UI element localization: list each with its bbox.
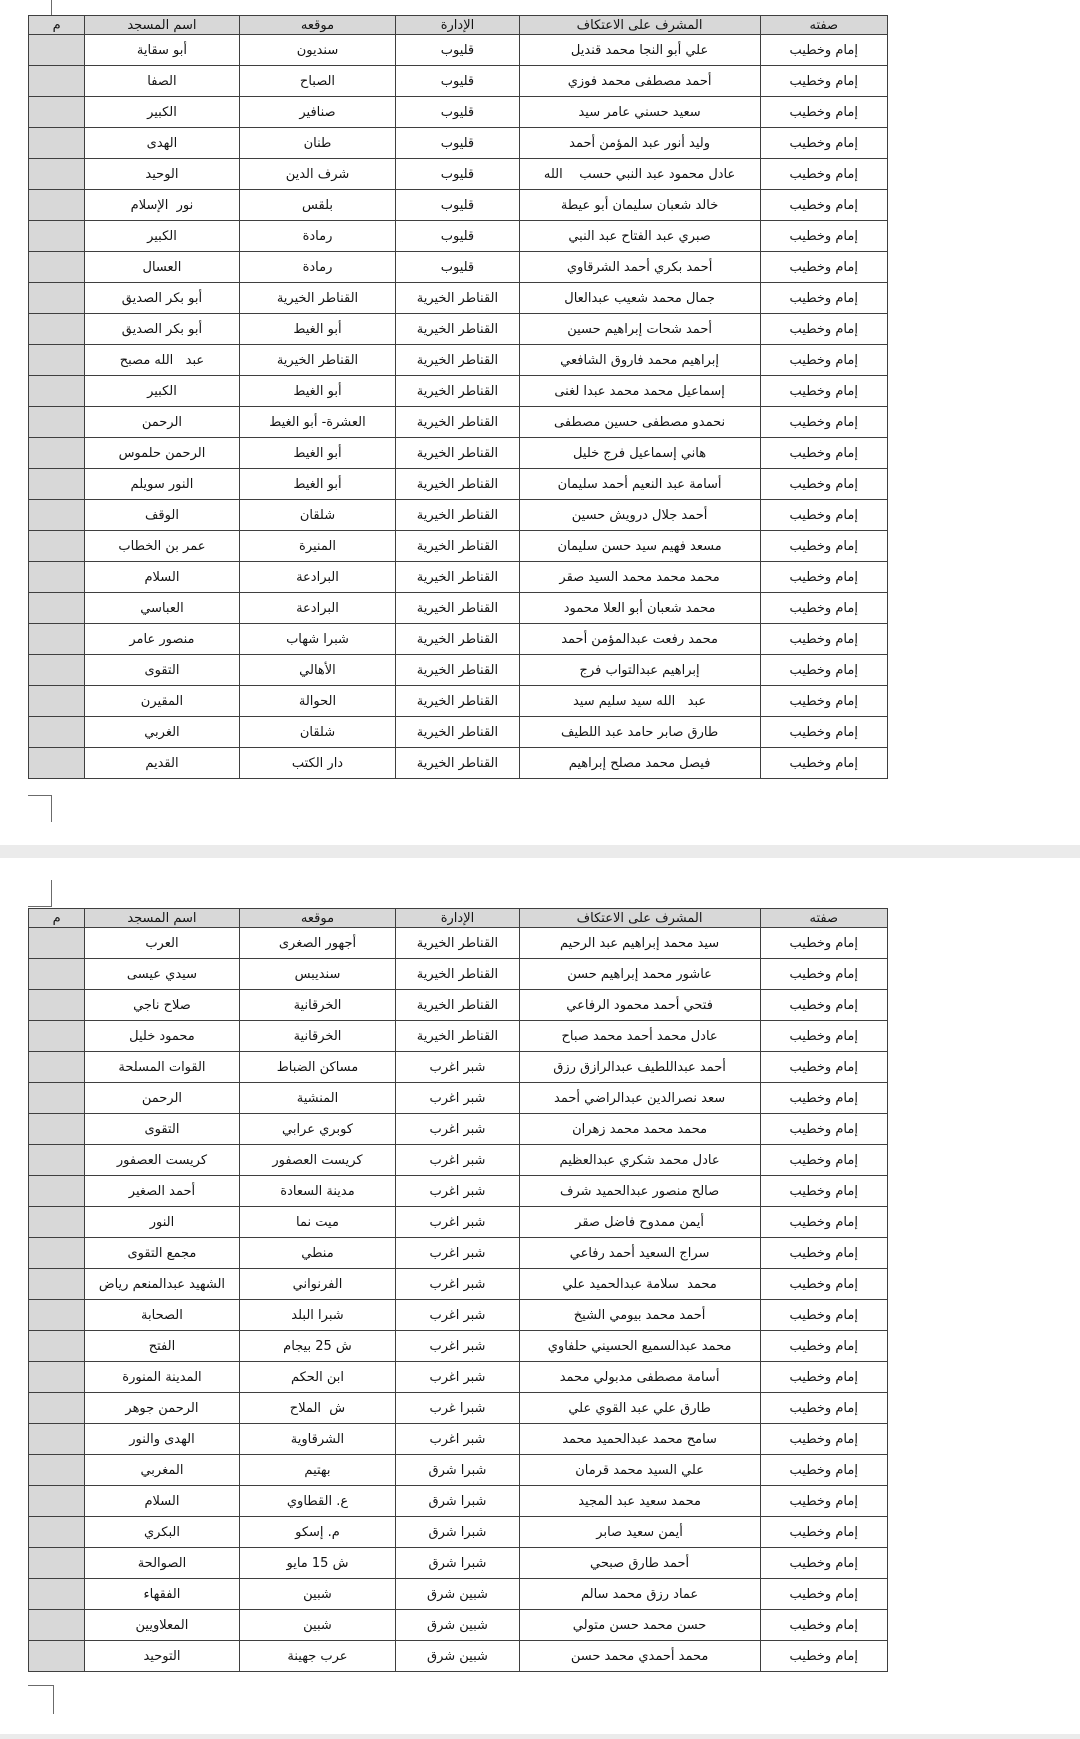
- cell-location: الصباح: [239, 66, 396, 97]
- col-header-itikaf-supervisor: المشرف على الاعتكاف: [519, 909, 760, 928]
- cell-number: [29, 1362, 85, 1393]
- cell-itikaf-supervisor: عادل محمود عبد النبي حسب الله: [519, 159, 760, 190]
- col-header-mosque-name: اسم المسجد: [85, 909, 240, 928]
- cell-mosque-name: الهدى والنور: [85, 1424, 240, 1455]
- cell-mosque-name: الرحمن جوهر: [85, 1393, 240, 1424]
- cell-mosque-name: الصحابة: [85, 1300, 240, 1331]
- cell-administration: شبرا شرق: [396, 1486, 519, 1517]
- table-row: التقوىكوبري عرابيشبر اغربمحمد محمد محمد …: [29, 1114, 888, 1145]
- cell-title: إمام وخطيب: [760, 1424, 888, 1455]
- col-header-number: م: [29, 909, 85, 928]
- table-row: الوقفشلقانالقناطر الخيريةأحمد جلال درويش…: [29, 500, 888, 531]
- table-row: الهدىطنانقليوبوليد أنور عبد المؤمن أحمدإ…: [29, 128, 888, 159]
- cell-itikaf-supervisor: وليد أنور عبد المؤمن أحمد: [519, 128, 760, 159]
- cell-administration: القناطر الخيرية: [396, 990, 519, 1021]
- cell-mosque-name: صلاح ناجي: [85, 990, 240, 1021]
- cell-location: المنشية: [239, 1083, 396, 1114]
- cell-administration: القناطر الخيرية: [396, 655, 519, 686]
- col-header-number: م: [29, 16, 85, 35]
- cell-administration: القناطر الخيرية: [396, 438, 519, 469]
- cell-administration: شبر اغرب: [396, 1207, 519, 1238]
- table-row: التوحيدعرب جهينةشبين شرقمحمد أحمدي محمد …: [29, 1641, 888, 1672]
- cell-itikaf-supervisor: جمال محمد شعيب عبدالعال: [519, 283, 760, 314]
- cell-location: بلقس: [239, 190, 396, 221]
- cell-number: [29, 562, 85, 593]
- cell-title: إمام وخطيب: [760, 1269, 888, 1300]
- cell-mosque-name: عمر بن الخطاب: [85, 531, 240, 562]
- cell-mosque-name: الهدى: [85, 128, 240, 159]
- table-row: الرحمنالمنشيةشبر اغربسعد نصرالدين عبدالر…: [29, 1083, 888, 1114]
- cell-administration: شبين شرق: [396, 1641, 519, 1672]
- cell-location: البرادعة: [239, 562, 396, 593]
- cell-title: إمام وخطيب: [760, 314, 888, 345]
- cell-title: إمام وخطيب: [760, 593, 888, 624]
- cell-administration: القناطر الخيرية: [396, 928, 519, 959]
- cell-mosque-name: التوحيد: [85, 1641, 240, 1672]
- cell-itikaf-supervisor: عماد رزق محمد سالم: [519, 1579, 760, 1610]
- cell-number: [29, 1641, 85, 1672]
- cell-mosque-name: السلام: [85, 1486, 240, 1517]
- page2-top-margin-mark-v: [51, 880, 52, 907]
- cell-location: شبين: [239, 1579, 396, 1610]
- table-row: الصفاالصباحقليوبأحمد مصطفى محمد فوزيإمام…: [29, 66, 888, 97]
- table-row: الكبيرأبو الغيطالقناطر الخيريةإسماعيل مح…: [29, 376, 888, 407]
- table-row: أبو بكر الصديقالقناطر الخيريةالقناطر الخ…: [29, 283, 888, 314]
- cell-itikaf-supervisor: أحمد محمد بيومي الشيخ: [519, 1300, 760, 1331]
- cell-location: أبو الغيط: [239, 314, 396, 345]
- cell-number: [29, 748, 85, 779]
- cell-mosque-name: العباسي: [85, 593, 240, 624]
- cell-itikaf-supervisor: أحمد جلال درويش حسين: [519, 500, 760, 531]
- cell-number: [29, 686, 85, 717]
- cell-number: [29, 1579, 85, 1610]
- cell-title: إمام وخطيب: [760, 1207, 888, 1238]
- table-row: الرحمن جوهرش الملاحشبرا غربطارق علي عبد …: [29, 1393, 888, 1424]
- table-row: أحمد الصغيرمدينة السعادةشبر اغربصالح منص…: [29, 1176, 888, 1207]
- cell-itikaf-supervisor: طارق صابر حامد عبد اللطيف: [519, 717, 760, 748]
- cell-administration: قليوب: [396, 221, 519, 252]
- cell-mosque-name: العسال: [85, 252, 240, 283]
- col-header-mosque-name: اسم المسجد: [85, 16, 240, 35]
- header-row: م اسم المسجد موقعه الإدارة المشرف على ال…: [29, 909, 888, 928]
- cell-mosque-name: أبو سقاية: [85, 35, 240, 66]
- cell-location: أجهور الصغرى: [239, 928, 396, 959]
- cell-mosque-name: الفتح: [85, 1331, 240, 1362]
- cell-mosque-name: الرحمن حلموس: [85, 438, 240, 469]
- col-header-location: موقعه: [239, 16, 396, 35]
- cell-location: العشرة- أبو الغيط: [239, 407, 396, 438]
- cell-administration: شبر اغرب: [396, 1114, 519, 1145]
- cell-number: [29, 1052, 85, 1083]
- cell-mosque-name: الكبير: [85, 376, 240, 407]
- cell-itikaf-supervisor: عبد الله سيد سليم سيد: [519, 686, 760, 717]
- cell-administration: القناطر الخيرية: [396, 345, 519, 376]
- cell-number: [29, 1021, 85, 1052]
- table-row: الوحيدشرف الدينقليوبعادل محمود عبد النبي…: [29, 159, 888, 190]
- cell-itikaf-supervisor: فتحي أحمد محمود الرفاعي: [519, 990, 760, 1021]
- cell-mosque-name: الرحمن: [85, 407, 240, 438]
- cell-title: إمام وخطيب: [760, 500, 888, 531]
- cell-mosque-name: الشهيد عبدالمنعم رياض: [85, 1269, 240, 1300]
- cell-location: عرب جهينة: [239, 1641, 396, 1672]
- cell-mosque-name: المدينة المنورة: [85, 1362, 240, 1393]
- cell-number: [29, 593, 85, 624]
- cell-location: ميت نما: [239, 1207, 396, 1238]
- table-row: محمود خليلالخرقانيةالقناطر الخيريةعادل م…: [29, 1021, 888, 1052]
- cell-administration: قليوب: [396, 128, 519, 159]
- cell-number: [29, 1176, 85, 1207]
- cell-location: شلقان: [239, 717, 396, 748]
- cell-title: إمام وخطيب: [760, 345, 888, 376]
- cell-title: إمام وخطيب: [760, 35, 888, 66]
- cell-title: إمام وخطيب: [760, 97, 888, 128]
- cell-title: إمام وخطيب: [760, 1579, 888, 1610]
- cell-itikaf-supervisor: عاشور محمد إبراهيم حسن: [519, 959, 760, 990]
- cell-mosque-name: البكري: [85, 1517, 240, 1548]
- cell-mosque-name: نور الإسلام: [85, 190, 240, 221]
- cell-administration: شبرا غرب: [396, 1393, 519, 1424]
- cell-itikaf-supervisor: إبراهيم عبدالتواب فرج: [519, 655, 760, 686]
- cell-mosque-name: الوقف: [85, 500, 240, 531]
- cell-itikaf-supervisor: هاني إسماعيل فرج خليل: [519, 438, 760, 469]
- cell-mosque-name: التقوى: [85, 655, 240, 686]
- cell-location: شلقان: [239, 500, 396, 531]
- cell-location: صنافير: [239, 97, 396, 128]
- cell-mosque-name: القديم: [85, 748, 240, 779]
- cell-administration: قليوب: [396, 159, 519, 190]
- cell-administration: شبر اغرب: [396, 1269, 519, 1300]
- header-row: م اسم المسجد موقعه الإدارة المشرف على ال…: [29, 16, 888, 35]
- cell-number: [29, 159, 85, 190]
- cell-itikaf-supervisor: أحمد طارق صبحي: [519, 1548, 760, 1579]
- cell-number: [29, 1455, 85, 1486]
- table-row: الرحمن حلموسأبو الغيطالقناطر الخيريةهاني…: [29, 438, 888, 469]
- cell-administration: شبر اغرب: [396, 1424, 519, 1455]
- cell-mosque-name: سيدي عيسى: [85, 959, 240, 990]
- cell-location: أبو الغيط: [239, 469, 396, 500]
- cell-administration: قليوب: [396, 97, 519, 128]
- cell-mosque-name: الوحيد: [85, 159, 240, 190]
- cell-title: إمام وخطيب: [760, 1052, 888, 1083]
- cell-location: رمادة: [239, 252, 396, 283]
- cell-location: الحوالة: [239, 686, 396, 717]
- cell-mosque-name: المقيرن: [85, 686, 240, 717]
- cell-number: [29, 1548, 85, 1579]
- table-row: السلامالبرادعةالقناطر الخيريةمحمد محمد م…: [29, 562, 888, 593]
- cell-location: ع. القطاوي: [239, 1486, 396, 1517]
- cell-mosque-name: المعلاويين: [85, 1610, 240, 1641]
- table-row: الصحابةشبرا البلدشبر اغربأحمد محمد بيومي…: [29, 1300, 888, 1331]
- table-row: النورميت نماشبر اغربأيمن ممدوح فاضل صقرإ…: [29, 1207, 888, 1238]
- table-row: أبو سقايةسنديونقليوبعلي أبو النجا محمد ق…: [29, 35, 888, 66]
- cell-mosque-name: النور: [85, 1207, 240, 1238]
- cell-itikaf-supervisor: أحمد عبداللطيف عبدالرازق رزق: [519, 1052, 760, 1083]
- cell-itikaf-supervisor: عادل محمد شكري عبدالعظيم: [519, 1145, 760, 1176]
- cell-mosque-name: السلام: [85, 562, 240, 593]
- cell-itikaf-supervisor: علي أبو النجا محمد قنديل: [519, 35, 760, 66]
- cell-administration: القناطر الخيرية: [396, 407, 519, 438]
- table-row: مجمع التقوىمنطيشبر اغربسراج السعيد أحمد …: [29, 1238, 888, 1269]
- cell-administration: القناطر الخيرية: [396, 531, 519, 562]
- col-header-location: موقعه: [239, 909, 396, 928]
- table-row: العربأجهور الصغرىالقناطر الخيريةسيد محمد…: [29, 928, 888, 959]
- cell-number: [29, 469, 85, 500]
- cell-location: أبو الغيط: [239, 438, 396, 469]
- cell-mosque-name: الغربي: [85, 717, 240, 748]
- table-row: العسالرمادةقليوبأحمد بكري أحمد الشرقاويإ…: [29, 252, 888, 283]
- table-row: البكريم. إسكوشبرا شرقأيمن سعيد صابرإمام …: [29, 1517, 888, 1548]
- cell-location: دار الكتب: [239, 748, 396, 779]
- col-header-title: صفته: [760, 909, 888, 928]
- cell-itikaf-supervisor: علي السيد محمد قرمان: [519, 1455, 760, 1486]
- table-row: منصور عامرشبرا شهابالقناطر الخيريةمحمد ر…: [29, 624, 888, 655]
- cell-itikaf-supervisor: صالح منصور عبدالحميد شرف: [519, 1176, 760, 1207]
- cell-location: القناطر الخيرية: [239, 283, 396, 314]
- cell-itikaf-supervisor: سيد محمد إبراهيم عبد الرحيم: [519, 928, 760, 959]
- cell-itikaf-supervisor: محمد سعيد عبد المجيد: [519, 1486, 760, 1517]
- cell-itikaf-supervisor: أحمد مصطفى محمد فوزي: [519, 66, 760, 97]
- cell-number: [29, 35, 85, 66]
- table-row: القوات المسلحةمساكن الضباطشبر اغربأحمد ع…: [29, 1052, 888, 1083]
- cell-mosque-name: مجمع التقوى: [85, 1238, 240, 1269]
- table-row: الغربيشلقانالقناطر الخيريةطارق صابر حامد…: [29, 717, 888, 748]
- cell-itikaf-supervisor: أيمن ممدوح فاضل صقر: [519, 1207, 760, 1238]
- itikaf-supervisors-table-page-2: م اسم المسجد موقعه الإدارة المشرف على ال…: [28, 908, 888, 1672]
- cell-number: [29, 959, 85, 990]
- cell-title: إمام وخطيب: [760, 190, 888, 221]
- cell-administration: شبين شرق: [396, 1610, 519, 1641]
- col-header-administration: الإدارة: [396, 909, 519, 928]
- cell-title: إمام وخطيب: [760, 531, 888, 562]
- cell-mosque-name: المغربي: [85, 1455, 240, 1486]
- table-row: نور الإسلامبلقسقليوبخالد شعبان سليمان أب…: [29, 190, 888, 221]
- cell-itikaf-supervisor: محمد عبدالسميع الحسيني حلفاوي: [519, 1331, 760, 1362]
- cell-title: إمام وخطيب: [760, 1145, 888, 1176]
- cell-location: كريست العصفور: [239, 1145, 396, 1176]
- table-row: السلامع. القطاويشبرا شرقمحمد سعيد عبد ال…: [29, 1486, 888, 1517]
- cell-itikaf-supervisor: إبراهيم محمد فاروق الشافعي: [519, 345, 760, 376]
- cell-number: [29, 500, 85, 531]
- cell-mosque-name: الكبير: [85, 97, 240, 128]
- cell-title: إمام وخطيب: [760, 1486, 888, 1517]
- cell-itikaf-supervisor: نحمدو مصطفى حسين مصطفى: [519, 407, 760, 438]
- table-row: المغربيبهتيمشبرا شرقعلي السيد محمد قرمان…: [29, 1455, 888, 1486]
- cell-title: إمام وخطيب: [760, 686, 888, 717]
- cell-title: إمام وخطيب: [760, 1393, 888, 1424]
- table-row: عبد الله مصبحالقناطر الخيريةالقناطر الخي…: [29, 345, 888, 376]
- document-page: { "document": { "columns": ["م", "اسم ال…: [0, 0, 1080, 1739]
- cell-title: إمام وخطيب: [760, 438, 888, 469]
- cell-mosque-name: القوات المسلحة: [85, 1052, 240, 1083]
- cell-location: سنديون: [239, 35, 396, 66]
- page2-bottom-margin-mark-v: [53, 1685, 54, 1714]
- cell-number: [29, 1083, 85, 1114]
- cell-itikaf-supervisor: محمد رفعت عبدالمؤمن أحمد: [519, 624, 760, 655]
- cell-administration: شبر اغرب: [396, 1300, 519, 1331]
- cell-location: القناطر الخيرية: [239, 345, 396, 376]
- cell-number: [29, 221, 85, 252]
- cell-location: مساكن الضباط: [239, 1052, 396, 1083]
- table-row: صلاح ناجيالخرقانيةالقناطر الخيريةفتحي أح…: [29, 990, 888, 1021]
- cell-number: [29, 1300, 85, 1331]
- cell-location: الخرقانية: [239, 1021, 396, 1052]
- cell-number: [29, 190, 85, 221]
- cell-location: شبرا البلد: [239, 1300, 396, 1331]
- table-row: القديمدار الكتبالقناطر الخيريةفيصل محمد …: [29, 748, 888, 779]
- cell-location: ش الملاح: [239, 1393, 396, 1424]
- col-header-itikaf-supervisor: المشرف على الاعتكاف: [519, 16, 760, 35]
- cell-itikaf-supervisor: طارق علي عبد القوي علي: [519, 1393, 760, 1424]
- cell-mosque-name: التقوى: [85, 1114, 240, 1145]
- cell-location: الأهالي: [239, 655, 396, 686]
- cell-number: [29, 345, 85, 376]
- cell-administration: قليوب: [396, 66, 519, 97]
- cell-location: شبين: [239, 1610, 396, 1641]
- cell-title: إمام وخطيب: [760, 1517, 888, 1548]
- cell-itikaf-supervisor: أسامة عبد النعيم أحمد سليمان: [519, 469, 760, 500]
- cell-number: [29, 252, 85, 283]
- cell-location: ش 15 مايو: [239, 1548, 396, 1579]
- cell-title: إمام وخطيب: [760, 1362, 888, 1393]
- cell-title: إمام وخطيب: [760, 407, 888, 438]
- cell-title: إمام وخطيب: [760, 376, 888, 407]
- cell-location: المنيرة: [239, 531, 396, 562]
- cell-number: [29, 1424, 85, 1455]
- cell-title: إمام وخطيب: [760, 1300, 888, 1331]
- cell-number: [29, 407, 85, 438]
- cell-number: [29, 1331, 85, 1362]
- cell-number: [29, 283, 85, 314]
- cell-itikaf-supervisor: إسماعيل محمد محمد عبدا لغنى: [519, 376, 760, 407]
- cell-location: الشرقاوية: [239, 1424, 396, 1455]
- cell-title: إمام وخطيب: [760, 1641, 888, 1672]
- cell-mosque-name: الصوالحة: [85, 1548, 240, 1579]
- cell-number: [29, 531, 85, 562]
- table-row: الفقهاءشبينشبين شرقعماد رزق محمد سالمإما…: [29, 1579, 888, 1610]
- page2-top-margin-mark-h: [28, 906, 52, 907]
- cell-administration: القناطر الخيرية: [396, 959, 519, 990]
- cell-number: [29, 1145, 85, 1176]
- page2-bottom-margin-mark-h: [28, 1685, 54, 1686]
- cell-number: [29, 1207, 85, 1238]
- cell-title: إمام وخطيب: [760, 128, 888, 159]
- cell-title: إمام وخطيب: [760, 959, 888, 990]
- table-row: الفتحش 25 بيجامشبر اغربمحمد عبدالسميع ال…: [29, 1331, 888, 1362]
- cell-number: [29, 1393, 85, 1424]
- cell-location: مدينة السعادة: [239, 1176, 396, 1207]
- cell-title: إمام وخطيب: [760, 252, 888, 283]
- page1-top-margin-mark: [51, 0, 52, 15]
- cell-mosque-name: العرب: [85, 928, 240, 959]
- cell-mosque-name: النور سويلم: [85, 469, 240, 500]
- cell-administration: شبر اغرب: [396, 1238, 519, 1269]
- cell-mosque-name: الصفا: [85, 66, 240, 97]
- cell-number: [29, 1610, 85, 1641]
- col-header-administration: الإدارة: [396, 16, 519, 35]
- cell-location: منطي: [239, 1238, 396, 1269]
- cell-title: إمام وخطيب: [760, 221, 888, 252]
- cell-itikaf-supervisor: سامح محمد عبدالحميد محمد: [519, 1424, 760, 1455]
- cell-administration: شبرا شرق: [396, 1455, 519, 1486]
- cell-title: إمام وخطيب: [760, 1083, 888, 1114]
- cell-number: [29, 1114, 85, 1145]
- cell-itikaf-supervisor: مسعد فهيم سيد حسن سليمان: [519, 531, 760, 562]
- cell-administration: قليوب: [396, 252, 519, 283]
- cell-administration: القناطر الخيرية: [396, 469, 519, 500]
- cell-mosque-name: منصور عامر: [85, 624, 240, 655]
- cell-number: [29, 97, 85, 128]
- cell-administration: القناطر الخيرية: [396, 717, 519, 748]
- table-row: سيدي عيسىسنديبسالقناطر الخيريةعاشور محمد…: [29, 959, 888, 990]
- cell-location: أبو الغيط: [239, 376, 396, 407]
- cell-itikaf-supervisor: عادل محمد أحمد محمد صباح: [519, 1021, 760, 1052]
- cell-administration: شبرا شرق: [396, 1548, 519, 1579]
- table-header: م اسم المسجد موقعه الإدارة المشرف على ال…: [29, 909, 888, 928]
- cell-title: إمام وخطيب: [760, 1176, 888, 1207]
- cell-itikaf-supervisor: أحمد شحات إبراهيم حسين: [519, 314, 760, 345]
- cell-location: طنان: [239, 128, 396, 159]
- cell-title: إمام وخطيب: [760, 1114, 888, 1145]
- table-row: الصوالحةش 15 مايوشبرا شرقأحمد طارق صبحيإ…: [29, 1548, 888, 1579]
- cell-title: إمام وخطيب: [760, 748, 888, 779]
- cell-title: إمام وخطيب: [760, 66, 888, 97]
- cell-itikaf-supervisor: صبري عبد الفتاح عبد النبي: [519, 221, 760, 252]
- cell-location: كوبري عرابي: [239, 1114, 396, 1145]
- table-row: المعلاويينشبينشبين شرقحسن محمد حسن متولي…: [29, 1610, 888, 1641]
- cell-mosque-name: أبو بكر الصديق: [85, 314, 240, 345]
- cell-administration: القناطر الخيرية: [396, 593, 519, 624]
- page-break-band: [0, 845, 1080, 858]
- cell-administration: شبر اغرب: [396, 1145, 519, 1176]
- cell-administration: شبر اغرب: [396, 1052, 519, 1083]
- cell-administration: القناطر الخيرية: [396, 748, 519, 779]
- table-row: التقوىالأهاليالقناطر الخيريةإبراهيم عبدا…: [29, 655, 888, 686]
- cell-title: إمام وخطيب: [760, 990, 888, 1021]
- cell-itikaf-supervisor: سراج السعيد أحمد رفاعي: [519, 1238, 760, 1269]
- cell-location: شبرا شهاب: [239, 624, 396, 655]
- table-row: الرحمنالعشرة- أبو الغيطالقناطر الخيريةنح…: [29, 407, 888, 438]
- cell-administration: القناطر الخيرية: [396, 1021, 519, 1052]
- cell-number: [29, 1486, 85, 1517]
- cell-number: [29, 928, 85, 959]
- cell-administration: شبر اغرب: [396, 1176, 519, 1207]
- cell-title: إمام وخطيب: [760, 1021, 888, 1052]
- cell-number: [29, 624, 85, 655]
- cell-number: [29, 717, 85, 748]
- cell-administration: القناطر الخيرية: [396, 562, 519, 593]
- cell-mosque-name: عبد الله مصبح: [85, 345, 240, 376]
- cell-mosque-name: الفقهاء: [85, 1579, 240, 1610]
- cell-number: [29, 990, 85, 1021]
- cell-administration: القناطر الخيرية: [396, 376, 519, 407]
- cell-title: إمام وخطيب: [760, 1548, 888, 1579]
- cell-administration: شبر اغرب: [396, 1362, 519, 1393]
- table-row: العباسيالبرادعةالقناطر الخيريةمحمد شعبان…: [29, 593, 888, 624]
- table-row: كريست العصفوركريست العصفورشبر اغربعادل م…: [29, 1145, 888, 1176]
- col-header-title: صفته: [760, 16, 888, 35]
- cell-number: [29, 1238, 85, 1269]
- cell-title: إمام وخطيب: [760, 928, 888, 959]
- cell-title: إمام وخطيب: [760, 1455, 888, 1486]
- cell-itikaf-supervisor: أحمد بكري أحمد الشرقاوي: [519, 252, 760, 283]
- cell-administration: القناطر الخيرية: [396, 686, 519, 717]
- cell-number: [29, 376, 85, 407]
- cell-title: إمام وخطيب: [760, 655, 888, 686]
- cell-administration: شبين شرق: [396, 1579, 519, 1610]
- cell-title: إمام وخطيب: [760, 1238, 888, 1269]
- cell-number: [29, 1269, 85, 1300]
- cell-location: شرف الدين: [239, 159, 396, 190]
